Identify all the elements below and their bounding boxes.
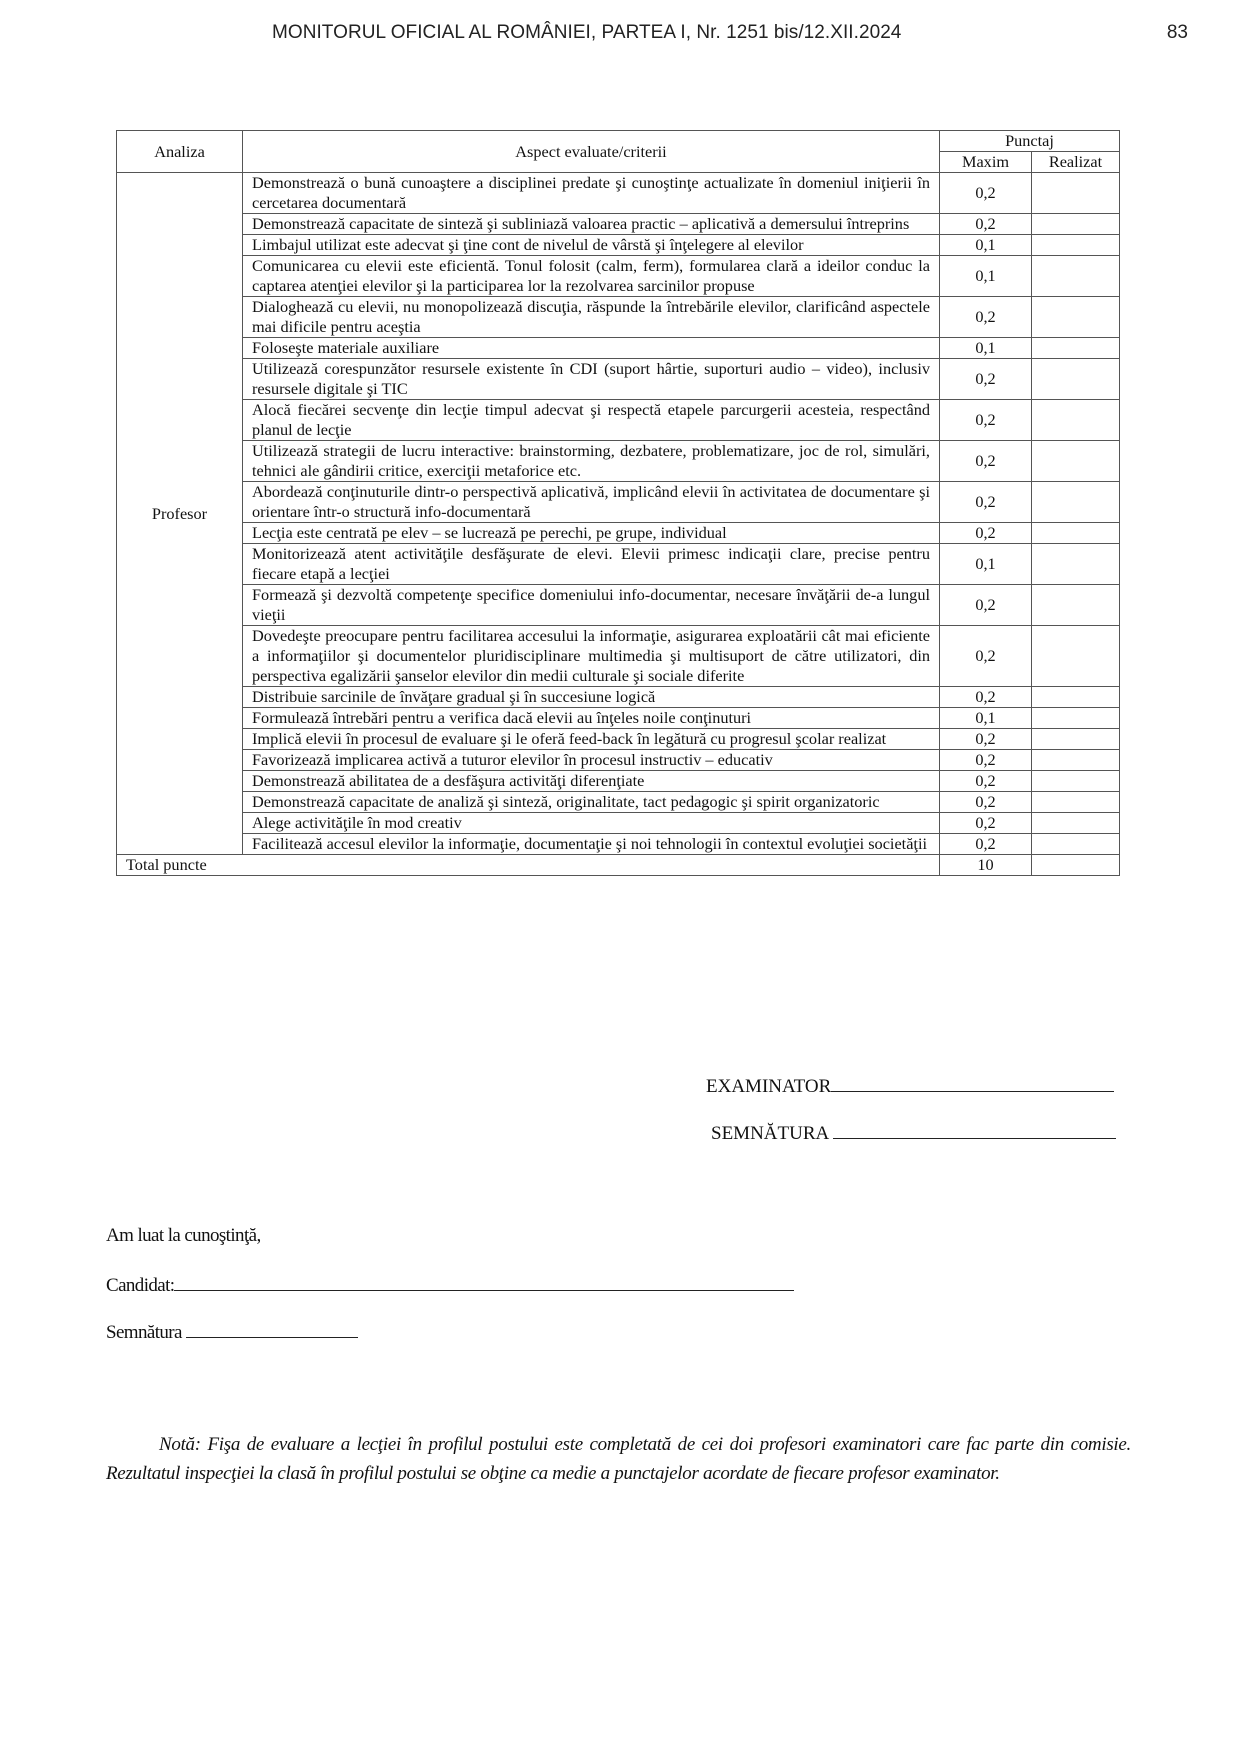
realizat-score-cell[interactable]	[1032, 729, 1120, 750]
candidat-label: Candidat:	[106, 1275, 174, 1296]
max-score: 0,2	[940, 297, 1032, 338]
criterion-text: Utilizează corespunzător resursele exist…	[243, 359, 940, 400]
header-realizat: Realizat	[1032, 152, 1120, 173]
realizat-score-cell[interactable]	[1032, 585, 1120, 626]
max-score: 0,2	[940, 214, 1032, 235]
table-row: Dialoghează cu elevii, nu monopolizează …	[117, 297, 1120, 338]
examinator-field[interactable]	[831, 1073, 1114, 1092]
max-score: 0,2	[940, 441, 1032, 482]
realizat-score-cell[interactable]	[1032, 792, 1120, 813]
max-score: 0,2	[940, 750, 1032, 771]
header-punctaj: Punctaj	[940, 131, 1120, 152]
criterion-text: Implică elevii în procesul de evaluare ş…	[243, 729, 940, 750]
table-row: Abordează conţinuturile dintr-o perspect…	[117, 482, 1120, 523]
semnatura-examinator-label: SEMNĂTURA	[711, 1123, 828, 1144]
table-row: Distribuie sarcinile de învăţare gradual…	[117, 687, 1120, 708]
table-row: Foloseşte materiale auxiliare0,1	[117, 338, 1120, 359]
criterion-text: Alege activităţile în mod creativ	[243, 813, 940, 834]
max-score: 0,2	[940, 359, 1032, 400]
realizat-score-cell[interactable]	[1032, 626, 1120, 687]
semnatura-candidat-label: Semnătura	[106, 1322, 182, 1343]
header-aspect: Aspect evaluate/criterii	[243, 131, 940, 173]
realizat-score-cell[interactable]	[1032, 256, 1120, 297]
criteria-rows: ProfesorDemonstrează o bună cunoaştere a…	[117, 173, 1120, 855]
criterion-text: Foloseşte materiale auxiliare	[243, 338, 940, 359]
page-header: MONITORUL OFICIAL AL ROMÂNIEI, PARTEA I,…	[0, 22, 1240, 52]
table-row: Implică elevii în procesul de evaluare ş…	[117, 729, 1120, 750]
ack-intro: Am luat la cunoştinţă,	[106, 1225, 261, 1247]
max-score: 0,2	[940, 482, 1032, 523]
realizat-score-cell[interactable]	[1032, 214, 1120, 235]
max-score: 0,1	[940, 708, 1032, 729]
max-score: 0,2	[940, 687, 1032, 708]
realizat-score-cell[interactable]	[1032, 297, 1120, 338]
max-score: 0,2	[940, 813, 1032, 834]
criterion-text: Limbajul utilizat este adecvat şi ţine c…	[243, 235, 940, 256]
table-row: Formulează întrebări pentru a verifica d…	[117, 708, 1120, 729]
criterion-text: Distribuie sarcinile de învăţare gradual…	[243, 687, 940, 708]
realizat-score-cell[interactable]	[1032, 523, 1120, 544]
max-score: 0,1	[940, 235, 1032, 256]
page-number: 83	[1167, 22, 1188, 44]
criterion-text: Formulează întrebări pentru a verifica d…	[243, 708, 940, 729]
table-row: Limbajul utilizat este adecvat şi ţine c…	[117, 235, 1120, 256]
semnatura-candidat-field[interactable]	[186, 1319, 358, 1338]
publication-title: MONITORUL OFICIAL AL ROMÂNIEI, PARTEA I,…	[272, 22, 901, 44]
max-score: 0,2	[940, 585, 1032, 626]
total-row: Total puncte 10	[117, 855, 1120, 876]
max-score: 0,2	[940, 400, 1032, 441]
realizat-score-cell[interactable]	[1032, 544, 1120, 585]
criterion-text: Abordează conţinuturile dintr-o perspect…	[243, 482, 940, 523]
realizat-score-cell[interactable]	[1032, 750, 1120, 771]
criterion-text: Demonstrează abilitatea de a desfăşura a…	[243, 771, 940, 792]
candidat-field[interactable]	[174, 1272, 794, 1291]
candidat-line: Candidat:	[106, 1272, 794, 1297]
realizat-score-cell[interactable]	[1032, 687, 1120, 708]
criterion-text: Demonstrează capacitate de sinteză şi su…	[243, 214, 940, 235]
table-row: Favorizează implicarea activă a tuturor …	[117, 750, 1120, 771]
max-score: 0,1	[940, 256, 1032, 297]
table-row: Dovedeşte preocupare pentru facilitarea …	[117, 626, 1120, 687]
semnatura-examinator-line: SEMNĂTURA	[711, 1120, 1116, 1145]
criterion-text: Comunicarea cu elevii este eficientă. To…	[243, 256, 940, 297]
semnatura-examinator-field[interactable]	[833, 1120, 1116, 1139]
criterion-text: Monitorizează atent activităţile desfăşu…	[243, 544, 940, 585]
realizat-score-cell[interactable]	[1032, 400, 1120, 441]
max-score: 0,2	[940, 173, 1032, 214]
criterion-text: Alocă fiecărei secvenţe din lecţie timpu…	[243, 400, 940, 441]
table-row: Monitorizează atent activităţile desfăşu…	[117, 544, 1120, 585]
max-score: 0,2	[940, 792, 1032, 813]
realizat-score-cell[interactable]	[1032, 441, 1120, 482]
criterion-text: Formează şi dezvoltă competenţe specific…	[243, 585, 940, 626]
header-analiza: Analiza	[117, 131, 243, 173]
max-score: 0,1	[940, 544, 1032, 585]
evaluation-table: Analiza Aspect evaluate/criterii Punctaj…	[116, 130, 1120, 876]
examinator-line: EXAMINATOR	[706, 1073, 1114, 1098]
total-max: 10	[940, 855, 1032, 876]
criterion-text: Utilizează strategii de lucru interactiv…	[243, 441, 940, 482]
max-score: 0,2	[940, 626, 1032, 687]
criterion-text: Demonstrează capacitate de analiză şi si…	[243, 792, 940, 813]
realizat-score-cell[interactable]	[1032, 813, 1120, 834]
table-row: Formează şi dezvoltă competenţe specific…	[117, 585, 1120, 626]
total-realizat-cell[interactable]	[1032, 855, 1120, 876]
realizat-score-cell[interactable]	[1032, 771, 1120, 792]
total-label: Total puncte	[117, 855, 940, 876]
max-score: 0,2	[940, 771, 1032, 792]
table-row: Demonstrează abilitatea de a desfăşura a…	[117, 771, 1120, 792]
group-label-profesor: Profesor	[117, 173, 243, 855]
criterion-text: Lecţia este centrată pe elev – se lucrea…	[243, 523, 940, 544]
table-row: Comunicarea cu elevii este eficientă. To…	[117, 256, 1120, 297]
realizat-score-cell[interactable]	[1032, 338, 1120, 359]
realizat-score-cell[interactable]	[1032, 482, 1120, 523]
max-score: 0,2	[940, 729, 1032, 750]
criterion-text: Favorizează implicarea activă a tuturor …	[243, 750, 940, 771]
criterion-text: Dovedeşte preocupare pentru facilitarea …	[243, 626, 940, 687]
table-row: Facilitează accesul elevilor la informaţ…	[117, 834, 1120, 855]
examinator-label: EXAMINATOR	[706, 1076, 831, 1097]
table-row: Alocă fiecărei secvenţe din lecţie timpu…	[117, 400, 1120, 441]
realizat-score-cell[interactable]	[1032, 173, 1120, 214]
criterion-text: Demonstrează o bună cunoaştere a discipl…	[243, 173, 940, 214]
criterion-text: Facilitează accesul elevilor la informaţ…	[243, 834, 940, 855]
max-score: 0,1	[940, 338, 1032, 359]
criterion-text: Dialoghează cu elevii, nu monopolizează …	[243, 297, 940, 338]
table-row: Utilizează strategii de lucru interactiv…	[117, 441, 1120, 482]
table-row: Alege activităţile în mod creativ0,2	[117, 813, 1120, 834]
footnote: Notă: Fişa de evaluare a lecţiei în prof…	[106, 1430, 1131, 1488]
realizat-score-cell[interactable]	[1032, 235, 1120, 256]
header-maxim: Maxim	[940, 152, 1032, 173]
max-score: 0,2	[940, 834, 1032, 855]
table-row: Lecţia este centrată pe elev – se lucrea…	[117, 523, 1120, 544]
table-row: ProfesorDemonstrează o bună cunoaştere a…	[117, 173, 1120, 214]
realizat-score-cell[interactable]	[1032, 708, 1120, 729]
realizat-score-cell[interactable]	[1032, 359, 1120, 400]
table-row: Utilizează corespunzător resursele exist…	[117, 359, 1120, 400]
max-score: 0,2	[940, 523, 1032, 544]
semnatura-candidat-line: Semnătura	[106, 1319, 358, 1344]
table-row: Demonstrează capacitate de analiză şi si…	[117, 792, 1120, 813]
table-row: Demonstrează capacitate de sinteză şi su…	[117, 214, 1120, 235]
realizat-score-cell[interactable]	[1032, 834, 1120, 855]
